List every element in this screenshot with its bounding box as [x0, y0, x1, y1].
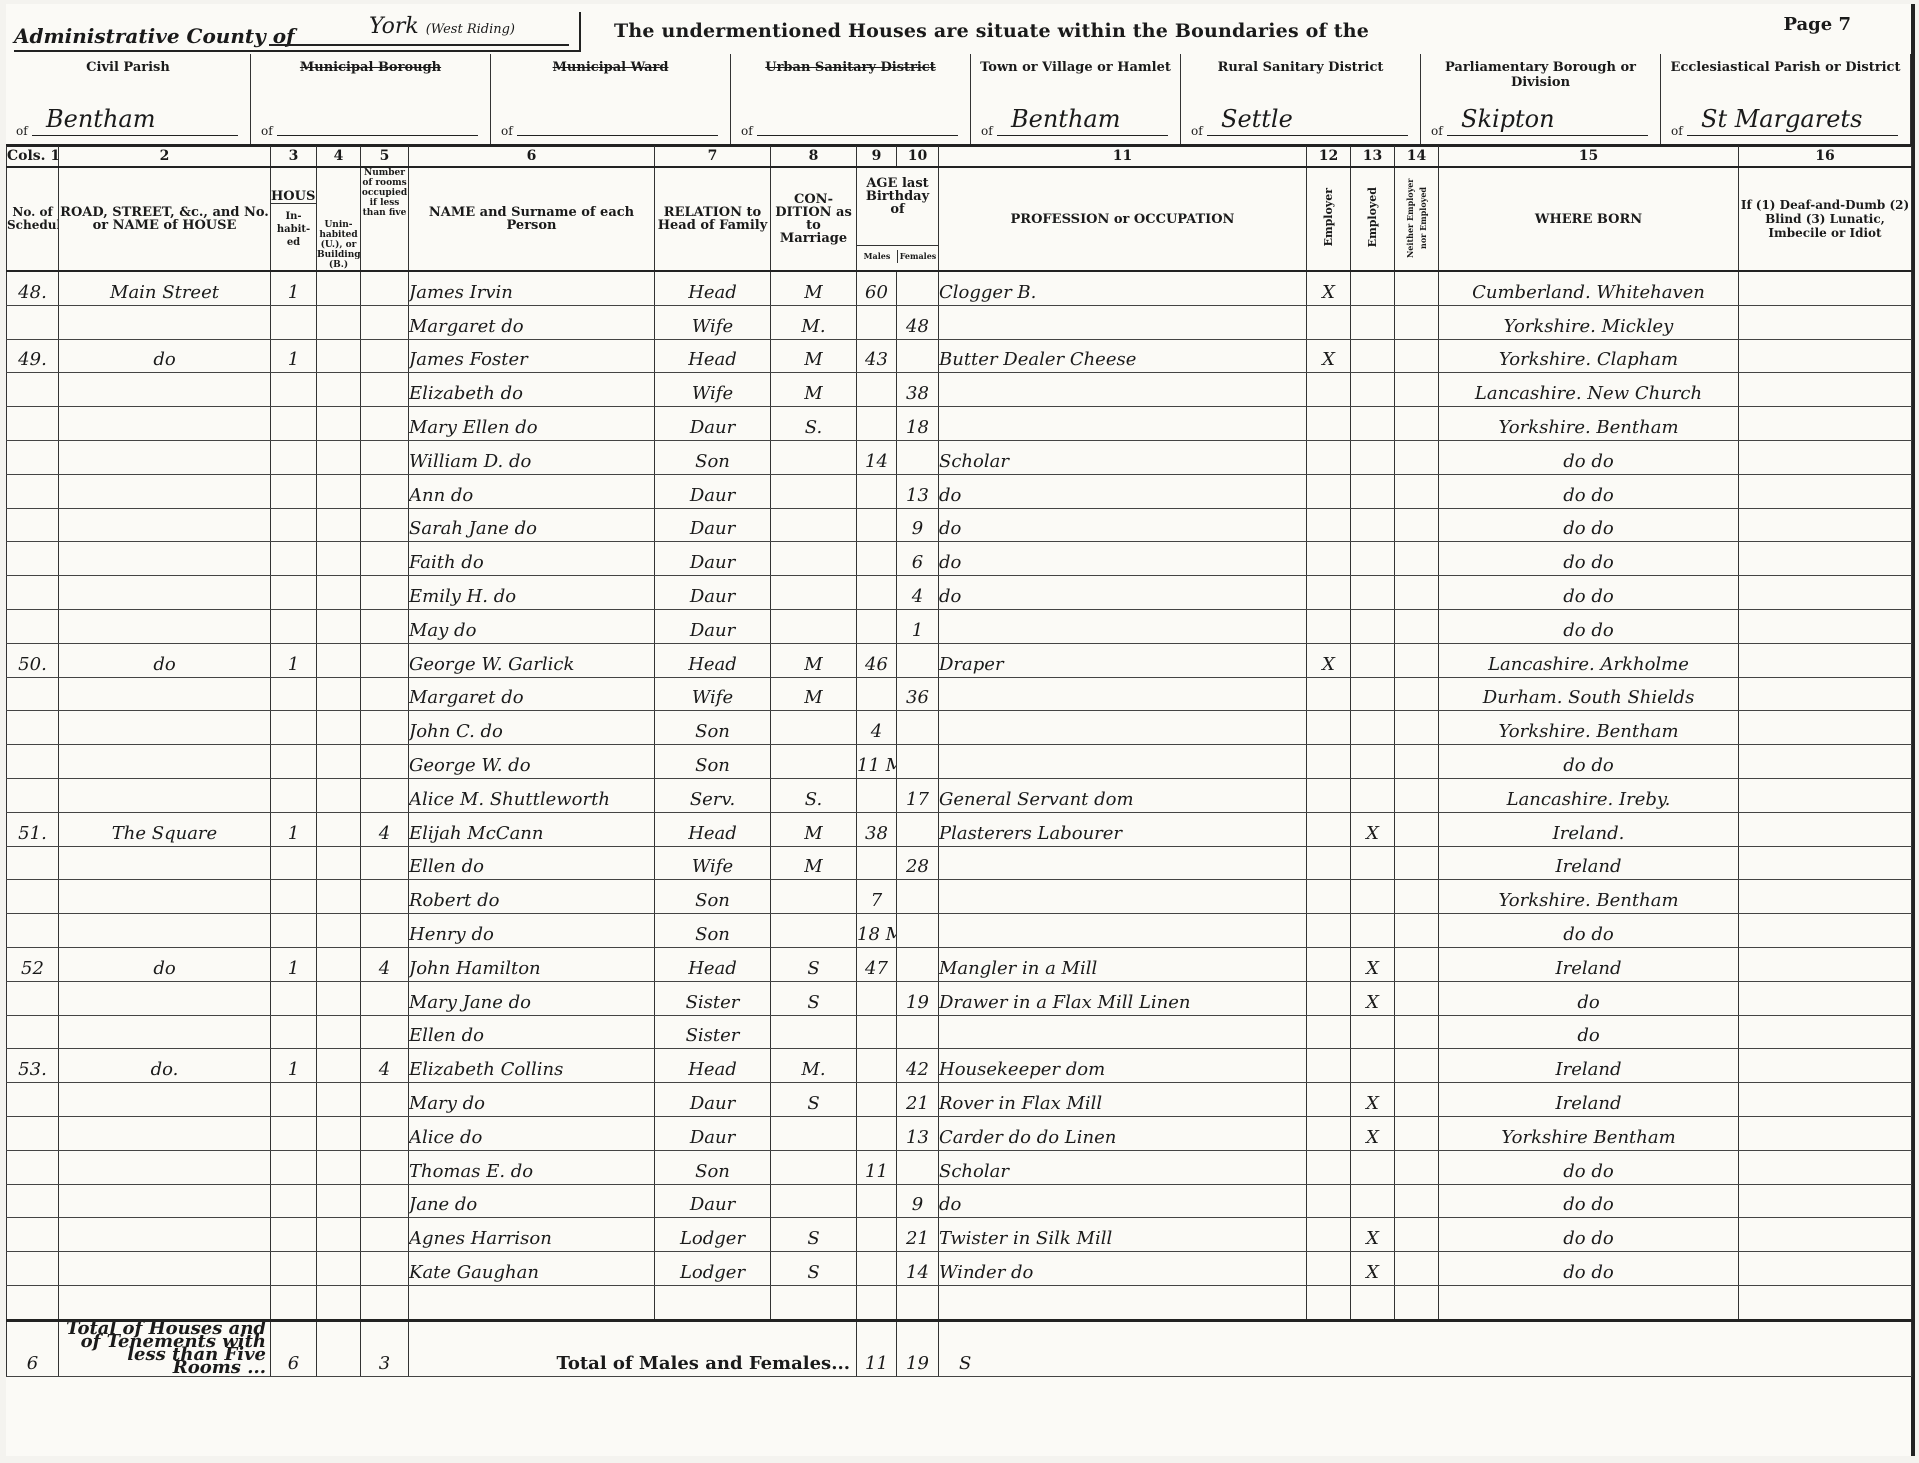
- birthplace: Yorkshire. Bentham: [1439, 880, 1739, 914]
- road-name: [59, 846, 271, 880]
- infirmity: [1739, 677, 1912, 711]
- male-age: [857, 1083, 897, 1117]
- of-label: of: [1671, 124, 1683, 138]
- person-name: Mary do: [409, 1083, 655, 1117]
- male-age: [857, 305, 897, 339]
- schedule-number: [7, 440, 59, 474]
- header-neither: Neither Employer nor Employed: [1395, 167, 1439, 271]
- uninhabited: [317, 339, 361, 373]
- table-row: [7, 1285, 1912, 1320]
- employed-mark: [1351, 677, 1395, 711]
- employer-mark: [1307, 373, 1351, 407]
- neither-mark: [1395, 846, 1439, 880]
- birthplace: Durham. South Shields: [1439, 677, 1739, 711]
- occupation: Drawer in a Flax Mill Linen: [939, 981, 1307, 1015]
- area-value: Skipton: [1447, 105, 1648, 136]
- age-label: AGE last Birthday of: [857, 171, 938, 245]
- area-box-3: Municipal Wardof: [491, 54, 731, 144]
- of-label: of: [501, 124, 513, 138]
- county-sub: (West Riding): [426, 22, 515, 37]
- female-age: 21: [897, 1083, 939, 1117]
- total-females: 19: [897, 1320, 939, 1376]
- table-row: Faith doDaur6dodo do: [7, 542, 1912, 576]
- inhabited: [271, 880, 317, 914]
- inhabited: [271, 778, 317, 812]
- uninhabited: [317, 1252, 361, 1286]
- relation: Son: [655, 914, 771, 948]
- road-name: [59, 914, 271, 948]
- col-num-2: 2: [59, 146, 271, 167]
- area-title: Town or Village or Hamlet: [971, 60, 1180, 75]
- inhabited: [271, 846, 317, 880]
- birthplace: do do: [1439, 914, 1739, 948]
- rooms: [361, 1083, 409, 1117]
- neither-mark: [1395, 1083, 1439, 1117]
- person-name: Ellen do: [409, 1015, 655, 1049]
- infirmity: [1739, 339, 1912, 373]
- person-name: Mary Jane do: [409, 981, 655, 1015]
- total-mf-label: Total of Males and Females...: [409, 1320, 857, 1376]
- male-age: 47: [857, 947, 897, 981]
- uninhabited: [317, 1049, 361, 1083]
- uninhabited: [317, 880, 361, 914]
- inhabited: [271, 440, 317, 474]
- inhabited: 1: [271, 643, 317, 677]
- schedule-number: [7, 407, 59, 441]
- relation: Son: [655, 880, 771, 914]
- occupation: [939, 407, 1307, 441]
- employer-mark: [1307, 1218, 1351, 1252]
- schedule-number: [7, 1150, 59, 1184]
- occupation: [939, 609, 1307, 643]
- schedule-number: [7, 677, 59, 711]
- schedule-number: [7, 609, 59, 643]
- table-row: Alice doDaur13Carder do do LinenXYorkshi…: [7, 1116, 1912, 1150]
- uninhabited: [317, 474, 361, 508]
- schedule-number: 51.: [7, 812, 59, 846]
- rooms: [361, 1150, 409, 1184]
- neither-mark: [1395, 542, 1439, 576]
- relation: Son: [655, 1150, 771, 1184]
- header-infirmity: If (1) Deaf-and-Dumb (2) Blind (3) Lunat…: [1739, 167, 1912, 271]
- schedule-number: [7, 1285, 59, 1320]
- condition: S.: [771, 778, 857, 812]
- female-age: 13: [897, 1116, 939, 1150]
- rooms: [361, 643, 409, 677]
- col-num-14: 14: [1395, 146, 1439, 167]
- uninhabited: [317, 1218, 361, 1252]
- inhabited: [271, 576, 317, 610]
- male-age: 4: [857, 711, 897, 745]
- table-row: Mary Jane doSisterS19Drawer in a Flax Mi…: [7, 981, 1912, 1015]
- uninhabited: [317, 508, 361, 542]
- infirmity: [1739, 1150, 1912, 1184]
- schedule-number: [7, 373, 59, 407]
- birthplace: do: [1439, 1015, 1739, 1049]
- neither-mark: [1395, 812, 1439, 846]
- occupation: [939, 373, 1307, 407]
- birthplace: do do: [1439, 1184, 1739, 1218]
- census-rows: 48.Main Street1James IrvinHeadM60Clogger…: [7, 271, 1912, 1320]
- area-title: Urban Sanitary District: [731, 60, 970, 75]
- inhabited: [271, 305, 317, 339]
- relation: Lodger: [655, 1252, 771, 1286]
- female-age: 48: [897, 305, 939, 339]
- rooms: [361, 745, 409, 779]
- female-age: 21: [897, 1218, 939, 1252]
- table-row: Elizabeth doWifeM38Lancashire. New Churc…: [7, 373, 1912, 407]
- table-row: 50.do1George W. GarlickHeadM46DraperXLan…: [7, 643, 1912, 677]
- birthplace: Yorkshire Bentham: [1439, 1116, 1739, 1150]
- female-age: 9: [897, 508, 939, 542]
- relation: Sister: [655, 1015, 771, 1049]
- person-name: [409, 1285, 655, 1320]
- inhabited: [271, 1252, 317, 1286]
- occupation: [939, 846, 1307, 880]
- col-num-3: 3: [271, 146, 317, 167]
- condition: [771, 745, 857, 779]
- relation: Daur: [655, 1184, 771, 1218]
- employer-mark: [1307, 1184, 1351, 1218]
- road-name: [59, 1116, 271, 1150]
- total-houses-label: Total of Houses and of Tenements with le…: [59, 1320, 271, 1376]
- census-sheet: Administrative County of York (West Ridi…: [6, 4, 1915, 1456]
- infirmity: [1739, 880, 1912, 914]
- road-name: do.: [59, 1049, 271, 1083]
- employed-mark: [1351, 880, 1395, 914]
- uninhabited: [317, 1184, 361, 1218]
- inhabited: [271, 1015, 317, 1049]
- road-name: [59, 1015, 271, 1049]
- occupation: Plasterers Labourer: [939, 812, 1307, 846]
- header-condition: CON-DITION as to Marriage: [771, 167, 857, 271]
- neither-mark: [1395, 745, 1439, 779]
- header-road: ROAD, STREET, &c., and No. or NAME of HO…: [59, 167, 271, 271]
- occupation: Carder do do Linen: [939, 1116, 1307, 1150]
- schedule-number: [7, 1252, 59, 1286]
- header-employer: Employer: [1307, 167, 1351, 271]
- occupation: do: [939, 1184, 1307, 1218]
- condition: S: [771, 1252, 857, 1286]
- male-age: [857, 407, 897, 441]
- area-value: [757, 105, 958, 136]
- col-num-1: Cols. 1: [7, 146, 59, 167]
- rooms: [361, 542, 409, 576]
- birthplace: do do: [1439, 745, 1739, 779]
- table-row: Ellen doWifeM28Ireland: [7, 846, 1912, 880]
- road-name: The Square: [59, 812, 271, 846]
- employer-mark: [1307, 609, 1351, 643]
- condition: [771, 609, 857, 643]
- infirmity: [1739, 407, 1912, 441]
- employed-mark: [1351, 576, 1395, 610]
- male-age: [857, 1285, 897, 1320]
- area-box-6: Rural Sanitary DistrictofSettle: [1181, 54, 1421, 144]
- schedule-number: 52: [7, 947, 59, 981]
- employed-mark: X: [1351, 1083, 1395, 1117]
- road-name: [59, 576, 271, 610]
- table-row: 51.The Square14Elijah McCannHeadM38Plast…: [7, 812, 1912, 846]
- inhabited: 1: [271, 947, 317, 981]
- male-age: 14: [857, 440, 897, 474]
- relation: Daur: [655, 508, 771, 542]
- employer-mark: [1307, 440, 1351, 474]
- female-age: [897, 1150, 939, 1184]
- birthplace: do do: [1439, 576, 1739, 610]
- person-name: George W. do: [409, 745, 655, 779]
- age-subheaders: Males Females: [857, 245, 938, 268]
- schedule-number: [7, 778, 59, 812]
- road-name: [59, 677, 271, 711]
- birthplace: Lancashire. New Church: [1439, 373, 1739, 407]
- infirmity: [1739, 1184, 1912, 1218]
- employed-mark: X: [1351, 1252, 1395, 1286]
- relation: Head: [655, 812, 771, 846]
- table-row: Margaret doWifeM36Durham. South Shields: [7, 677, 1912, 711]
- column-titles: No. of Schedule ROAD, STREET, &c., and N…: [7, 167, 1912, 271]
- neither-mark: [1395, 508, 1439, 542]
- male-age: [857, 373, 897, 407]
- table-row: Mary Ellen doDaurS.18Yorkshire. Bentham: [7, 407, 1912, 441]
- relation: Daur: [655, 1083, 771, 1117]
- inhabited: 1: [271, 812, 317, 846]
- neither-mark: [1395, 1184, 1439, 1218]
- person-name: John C. do: [409, 711, 655, 745]
- relation: Daur: [655, 576, 771, 610]
- neither-mark: [1395, 880, 1439, 914]
- occupation: Butter Dealer Cheese: [939, 339, 1307, 373]
- rooms: [361, 778, 409, 812]
- occupation: Housekeeper dom: [939, 1049, 1307, 1083]
- female-age: [897, 711, 939, 745]
- rooms: [361, 1252, 409, 1286]
- neither-mark: [1395, 1252, 1439, 1286]
- col-num-8: 8: [771, 146, 857, 167]
- of-label: of: [741, 124, 753, 138]
- table-row: George W. doSon11 Modo do: [7, 745, 1912, 779]
- birthplace: Yorkshire. Bentham: [1439, 407, 1739, 441]
- area-box-5: Town or Village or HamletofBentham: [971, 54, 1181, 144]
- neither-mark: [1395, 711, 1439, 745]
- area-title: Municipal Ward: [491, 60, 730, 75]
- road-name: [59, 1150, 271, 1184]
- employed-mark: [1351, 846, 1395, 880]
- total-occupation-mark: S: [939, 1320, 1912, 1376]
- relation: Wife: [655, 373, 771, 407]
- employer-mark: [1307, 407, 1351, 441]
- infirmity: [1739, 1285, 1912, 1320]
- birthplace: do do: [1439, 609, 1739, 643]
- administrative-county: Administrative County of York (West Ridi…: [14, 12, 581, 52]
- rooms: [361, 305, 409, 339]
- employed-mark: [1351, 373, 1395, 407]
- neither-mark: [1395, 407, 1439, 441]
- employer-mark: [1307, 812, 1351, 846]
- infirmity: [1739, 271, 1912, 305]
- relation: Son: [655, 440, 771, 474]
- inhabited: [271, 914, 317, 948]
- person-name: James Irvin: [409, 271, 655, 305]
- employed-mark: [1351, 1049, 1395, 1083]
- female-age: 17: [897, 778, 939, 812]
- rooms: [361, 677, 409, 711]
- schedule-number: [7, 914, 59, 948]
- road-name: [59, 1184, 271, 1218]
- employed-mark: [1351, 914, 1395, 948]
- neither-mark: [1395, 373, 1439, 407]
- occupation: Scholar: [939, 440, 1307, 474]
- occupation: do: [939, 508, 1307, 542]
- road-name: [59, 508, 271, 542]
- road-name: [59, 407, 271, 441]
- infirmity: [1739, 474, 1912, 508]
- neither-mark: [1395, 609, 1439, 643]
- rooms: [361, 609, 409, 643]
- employer-mark: X: [1307, 271, 1351, 305]
- condition: [771, 914, 857, 948]
- female-age: [897, 1285, 939, 1320]
- person-name: Elizabeth do: [409, 373, 655, 407]
- person-name: Faith do: [409, 542, 655, 576]
- uninhabited: [317, 745, 361, 779]
- rooms: [361, 373, 409, 407]
- table-row: Mary doDaurS21Rover in Flax MillXIreland: [7, 1083, 1912, 1117]
- column-numbers: Cols. 1 2 3 4 5 6 7 8 9 10 11 12 13 14 1…: [7, 146, 1912, 167]
- schedule-number: [7, 508, 59, 542]
- relation: Son: [655, 711, 771, 745]
- condition: [771, 1116, 857, 1150]
- condition: [771, 576, 857, 610]
- rooms: [361, 914, 409, 948]
- occupation: Scholar: [939, 1150, 1307, 1184]
- occupation: [939, 305, 1307, 339]
- condition: M: [771, 677, 857, 711]
- table-row: 52do14John HamiltonHeadS47Mangler in a M…: [7, 947, 1912, 981]
- of-label: of: [261, 124, 273, 138]
- rooms: [361, 339, 409, 373]
- birthplace: do do: [1439, 1252, 1739, 1286]
- uninhabited: [317, 1083, 361, 1117]
- person-name: Ann do: [409, 474, 655, 508]
- employer-mark: [1307, 1015, 1351, 1049]
- female-age: 19: [897, 981, 939, 1015]
- total-males: 11: [857, 1320, 897, 1376]
- employer-mark: [1307, 576, 1351, 610]
- birthplace: Cumberland. Whitehaven: [1439, 271, 1739, 305]
- schedule-number: 48.: [7, 271, 59, 305]
- uninhabited: [317, 914, 361, 948]
- birthplace: do do: [1439, 440, 1739, 474]
- table-row: 49.do1James FosterHeadM43Butter Dealer C…: [7, 339, 1912, 373]
- male-age: [857, 677, 897, 711]
- rooms: [361, 1116, 409, 1150]
- condition: M: [771, 373, 857, 407]
- infirmity: [1739, 711, 1912, 745]
- relation: Serv.: [655, 778, 771, 812]
- female-age: 18: [897, 407, 939, 441]
- condition: S: [771, 1218, 857, 1252]
- infirmity: [1739, 542, 1912, 576]
- male-age: [857, 508, 897, 542]
- employer-mark: [1307, 1252, 1351, 1286]
- road-name: [59, 1285, 271, 1320]
- totals-row: 6 Total of Houses and of Tenements with …: [7, 1320, 1912, 1376]
- female-age: [897, 914, 939, 948]
- person-name: Ellen do: [409, 846, 655, 880]
- schedule-number: 49.: [7, 339, 59, 373]
- area-box-2: Municipal Boroughof: [251, 54, 491, 144]
- birthplace: do do: [1439, 1150, 1739, 1184]
- employer-mark: [1307, 947, 1351, 981]
- col-num-16: 16: [1739, 146, 1912, 167]
- area-title: Civil Parish: [6, 60, 250, 75]
- male-age: 60: [857, 271, 897, 305]
- schedule-number: [7, 745, 59, 779]
- person-name: Robert do: [409, 880, 655, 914]
- female-age: [897, 1015, 939, 1049]
- neither-mark: [1395, 576, 1439, 610]
- person-name: Jane do: [409, 1184, 655, 1218]
- infirmity: [1739, 846, 1912, 880]
- male-age: [857, 1116, 897, 1150]
- area-title: Rural Sanitary District: [1181, 60, 1420, 75]
- uninhabited: [317, 981, 361, 1015]
- infirmity: [1739, 373, 1912, 407]
- birthplace: do do: [1439, 1218, 1739, 1252]
- header-uninhabited: Unin-habited (U.), or Building (B.): [317, 167, 361, 271]
- inhabited: [271, 373, 317, 407]
- employer-mark: [1307, 880, 1351, 914]
- rooms: [361, 1184, 409, 1218]
- total-rooms: 3: [361, 1320, 409, 1376]
- neither-mark: [1395, 1285, 1439, 1320]
- relation: Wife: [655, 677, 771, 711]
- rooms: [361, 407, 409, 441]
- birthplace: Ireland.: [1439, 812, 1739, 846]
- uninhabited: [317, 1116, 361, 1150]
- inhabited: [271, 542, 317, 576]
- employed-mark: [1351, 339, 1395, 373]
- employer-label: Employer: [1322, 188, 1335, 246]
- boundaries-heading: The undermentioned Houses are situate wi…: [614, 20, 1369, 42]
- employed-mark: [1351, 1150, 1395, 1184]
- relation: Daur: [655, 407, 771, 441]
- birthplace: do do: [1439, 508, 1739, 542]
- infirmity: [1739, 1083, 1912, 1117]
- birthplace: Lancashire. Arkholme: [1439, 643, 1739, 677]
- person-name: Elijah McCann: [409, 812, 655, 846]
- header-schedule: No. of Schedule: [7, 167, 59, 271]
- infirmity: [1739, 947, 1912, 981]
- employed-mark: [1351, 474, 1395, 508]
- birthplace: Ireland: [1439, 846, 1739, 880]
- birthplace: do do: [1439, 542, 1739, 576]
- condition: M: [771, 846, 857, 880]
- table-row: Henry doSon18 Modo do: [7, 914, 1912, 948]
- female-age: 28: [897, 846, 939, 880]
- inhabited: [271, 711, 317, 745]
- uninhabited: [317, 609, 361, 643]
- male-age: [857, 1184, 897, 1218]
- col-num-4: 4: [317, 146, 361, 167]
- relation: Lodger: [655, 1218, 771, 1252]
- total-uninhabited: [317, 1320, 361, 1376]
- schedule-number: [7, 1116, 59, 1150]
- relation: Head: [655, 947, 771, 981]
- employer-mark: [1307, 1150, 1351, 1184]
- condition: M: [771, 339, 857, 373]
- uninhabited: [317, 846, 361, 880]
